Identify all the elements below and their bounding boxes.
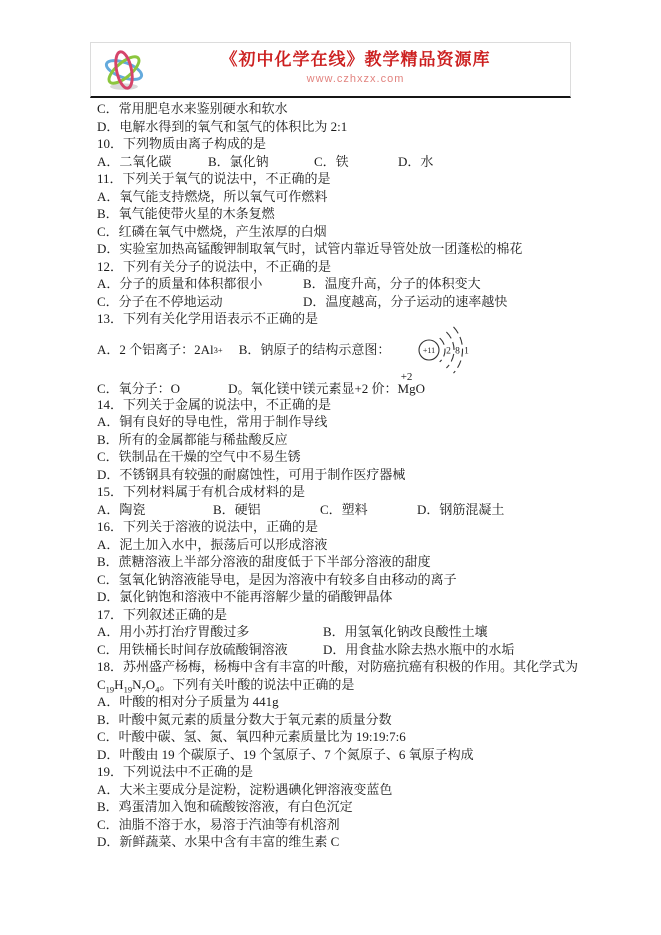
spacer — [223, 349, 239, 350]
valence-label: +2 — [398, 372, 416, 382]
option-cell: A．二氧化碳 — [97, 153, 208, 171]
mg-valence-notation: +2Mg — [398, 372, 416, 396]
option-cell: D．水 — [398, 153, 433, 171]
electron-shell-arc — [440, 338, 445, 362]
q13-stem: 13．下列有关化学用语表示不正确的是 — [97, 310, 597, 328]
q14-option-b: B．所有的金属都能与稀盐酸反应 — [97, 431, 597, 449]
text-segment: 。下列有关叶酸的说法中正确的是 — [159, 677, 354, 692]
q16-option-b: B．蔗糖溶液上半部分溶液的甜度低于下半部分溶液的甜度 — [97, 553, 597, 571]
q14-stem: 14．下列关于金属的说法中，不正确的是 — [97, 396, 597, 414]
option-cell: D．温度越高，分子运动的速率越快 — [303, 293, 507, 311]
q12-options-cd: C．分子在不停地运动D．温度越高，分子运动的速率越快 — [97, 293, 597, 311]
option-cell: C．塑料 — [320, 501, 417, 519]
option-cell: B．硬铝 — [213, 501, 320, 519]
option-cell: A．陶瓷 — [97, 501, 213, 519]
q12-options-ab: A．分子的质量和体积都很小B．温度升高，分子的体积变大 — [97, 275, 597, 293]
q17-options-ab: A．用小苏打治疗胃酸过多B．用氢氧化钠改良酸性土壤 — [97, 623, 597, 641]
q12-stem: 12．下列有关分子的说法中，不正确的是 — [97, 258, 597, 276]
q9-option-c: C．常用肥皂水来鉴别硬水和软水 — [97, 100, 597, 118]
q16-option-a: A．泥土加入水中，振荡后可以形成溶液 — [97, 536, 597, 554]
q15-options: A．陶瓷B．硬铝C．塑料D．钢筋混凝土 — [97, 501, 597, 519]
q14-option-d: D．不锈钢具有较强的耐腐蚀性，可用于制作医疗器械 — [97, 466, 597, 484]
q19-option-c: C．油脂不溶于水，易溶于汽油等有机溶剂 — [97, 816, 597, 834]
q16-option-d: D．氯化钠饱和溶液中不能再溶解少量的硝酸钾晶体 — [97, 588, 597, 606]
shell-electron-count: 1 — [464, 346, 469, 356]
q14-option-c: C．铁制品在干燥的空气中不易生锈 — [97, 448, 597, 466]
site-title: 《初中化学在线》教学精品资源库 — [151, 49, 560, 71]
option-cell: B．用氢氧化钠改良酸性土壤 — [323, 623, 488, 641]
nucleus-charge-label: +11 — [423, 346, 435, 355]
option-cell: A．用小苏打治疗胃酸过多 — [97, 623, 323, 641]
document-page: 《初中化学在线》教学精品资源库 www.czhxzx.com C．常用肥皂水来鉴… — [0, 0, 661, 935]
text-segment: O — [146, 677, 155, 692]
q18-option-b: B．叶酸中氮元素的质量分数大于氧元素的质量分数 — [97, 711, 597, 729]
text-segment: C．氧分子：O — [97, 381, 180, 396]
q14-option-a: A．铜有良好的导电性，常用于制作导线 — [97, 413, 597, 431]
text-segment: C — [97, 677, 106, 692]
q18-stem-line2: C19H19N7O4。下列有关叶酸的说法中正确的是 — [97, 676, 597, 694]
option-cell: C．用铁桶长时间存放硫酸铜溶液 — [97, 641, 323, 659]
q11-option-b: B．氧气能使带火星的木条复燃 — [97, 205, 597, 223]
option-cell: B．氯化钠 — [208, 153, 314, 171]
element-symbol: Mg — [398, 382, 416, 396]
q17-stem: 17．下列叙述正确的是 — [97, 606, 597, 624]
atom-logo-icon — [99, 45, 149, 95]
q10-options: A．二氧化碳B．氯化钠C．铁D．水 — [97, 153, 597, 171]
option-cell: B．温度升高，分子的体积变大 — [303, 275, 481, 293]
q16-stem: 16．下列关于溶液的说法中，正确的是 — [97, 518, 597, 536]
q18-stem-line1: 18．苏州盛产杨梅，杨梅中含有丰富的叶酸，对防癌抗癌有积极的作用。其化学式为 — [97, 658, 597, 676]
option-cell: C．分子在不停地运动 — [97, 293, 303, 311]
option-cell: C．铁 — [314, 153, 398, 171]
text-segment: D。氧化镁中镁元素显+2 价： — [228, 381, 397, 396]
option-cell: D．钢筋混凝土 — [417, 501, 504, 519]
q18-option-c: C．叶酸中碳、氢、氮、氧四种元素质量比为 19:19:7:6 — [97, 728, 597, 746]
site-header: 《初中化学在线》教学精品资源库 www.czhxzx.com — [90, 42, 571, 98]
q11-option-c: C．红磷在氧气中燃烧，产生浓厚的白烟 — [97, 223, 597, 241]
q19-option-d: D．新鲜蔬菜、水果中含有丰富的维生素 C — [97, 833, 597, 851]
q13-options-cd: C．氧分子：OD。氧化镁中镁元素显+2 价：+2MgO — [97, 372, 597, 396]
spacer — [390, 349, 416, 350]
shell-electron-count: 2 — [446, 346, 451, 356]
q13-options-ab: A．2 个铝离子：2Al3+B．钠原子的结构示意图：+11281 — [97, 328, 597, 372]
text-segment: B．钠原子的结构示意图： — [239, 341, 391, 359]
q9-option-d: D．电解水得到的氧气和氢气的体积比为 2:1 — [97, 118, 597, 136]
q11-stem: 11．下列关于氧气的说法中，不正确的是 — [97, 170, 597, 188]
text-segment: O — [416, 381, 425, 396]
text-segment: H — [114, 677, 123, 692]
option-cell: A．分子的质量和体积都很小 — [97, 275, 303, 293]
q17-options-cd: C．用铁桶长时间存放硫酸铜溶液D．用食盐水除去热水瓶中的水垢 — [97, 641, 597, 659]
q19-option-b: B．鸡蛋清加入饱和硫酸铵溶液，有白色沉定 — [97, 798, 597, 816]
header-text-block: 《初中化学在线》教学精品资源库 www.czhxzx.com — [151, 49, 560, 87]
shell-electron-count: 8 — [455, 346, 460, 356]
q19-option-a: A．大米主要成分是淀粉，淀粉遇碘化钾溶液变蓝色 — [97, 781, 597, 799]
q10-stem: 10．下列物质由离子构成的是 — [97, 135, 597, 153]
sodium-atom-structure-diagram: +11281 — [416, 326, 474, 374]
q18-option-d: D．叶酸由 19 个碳原子、19 个氢原子、7 个氮原子、6 氧原子构成 — [97, 746, 597, 764]
q11-option-d: D．实验室加热高锰酸钾制取氧气时，试管内靠近导管处放一团蓬松的棉花 — [97, 240, 597, 258]
q11-option-a: A．氧气能支持燃烧，所以氧气可作燃料 — [97, 188, 597, 206]
site-url: www.czhxzx.com — [151, 71, 560, 87]
text-segment: A．2 个铝离子：2Al — [97, 341, 214, 359]
q19-stem: 19．下列说法中不正确的是 — [97, 763, 597, 781]
option-cell: D．用食盐水除去热水瓶中的水垢 — [323, 641, 514, 659]
question-list: C．常用肥皂水来鉴别硬水和软水D．电解水得到的氧气和氢气的体积比为 2:110．… — [97, 100, 597, 851]
q15-stem: 15．下列材料属于有机合成材料的是 — [97, 483, 597, 501]
q16-option-c: C．氢氧化钠溶液能导电，是因为溶液中有较多自由移动的离子 — [97, 571, 597, 589]
q18-option-a: A．叶酸的相对分子质量为 441g — [97, 693, 597, 711]
